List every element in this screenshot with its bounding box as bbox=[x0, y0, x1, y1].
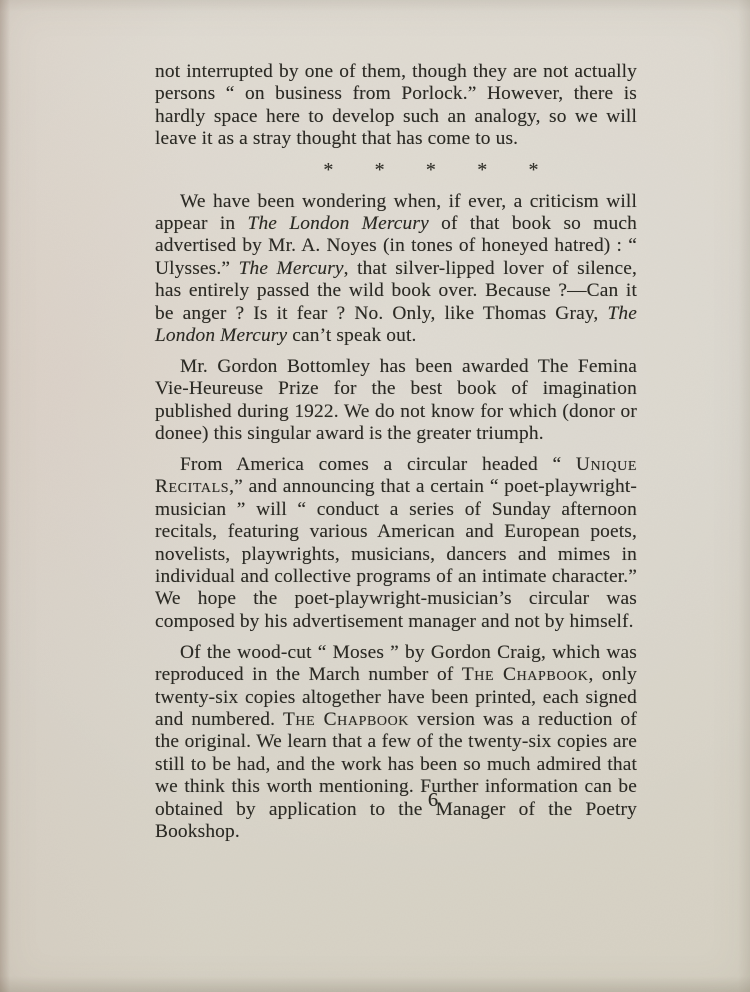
asterisk-separator: * * * * * bbox=[190, 159, 672, 181]
text-block: not interrupted by one of them, though t… bbox=[155, 61, 637, 852]
text-segment-normal: Mr. Gordon Bottomley has been awarded Th… bbox=[155, 356, 637, 444]
paragraph: From America comes a circular headed “ U… bbox=[155, 454, 637, 633]
paragraph: not interrupted by one of them, though t… bbox=[155, 61, 637, 151]
text-segment-normal: From America comes a circular headed “ bbox=[180, 454, 576, 475]
text-segment-normal: can’t speak out. bbox=[287, 325, 416, 346]
paragraph: We have been wondering when, if ever, a … bbox=[155, 191, 637, 348]
text-segment-italic: The London Mercury bbox=[248, 213, 429, 234]
text-segment-smallcaps: The Chapbook bbox=[462, 664, 589, 685]
text-segment-italic: The Mercury bbox=[239, 258, 344, 279]
page-number: 6 bbox=[405, 789, 461, 812]
text-segment-normal: ,” and announcing that a certain “ poet-… bbox=[155, 476, 637, 631]
scanned-book-page: not interrupted by one of them, though t… bbox=[0, 0, 750, 992]
text-segment-normal: not interrupted by one of them, though t… bbox=[155, 61, 637, 149]
paragraph: Mr. Gordon Bottomley has been awarded Th… bbox=[155, 356, 637, 446]
text-segment-smallcaps: The Chapbook bbox=[283, 709, 409, 730]
paragraph: Of the wood-cut “ Moses ” by Gordon Crai… bbox=[155, 642, 637, 844]
